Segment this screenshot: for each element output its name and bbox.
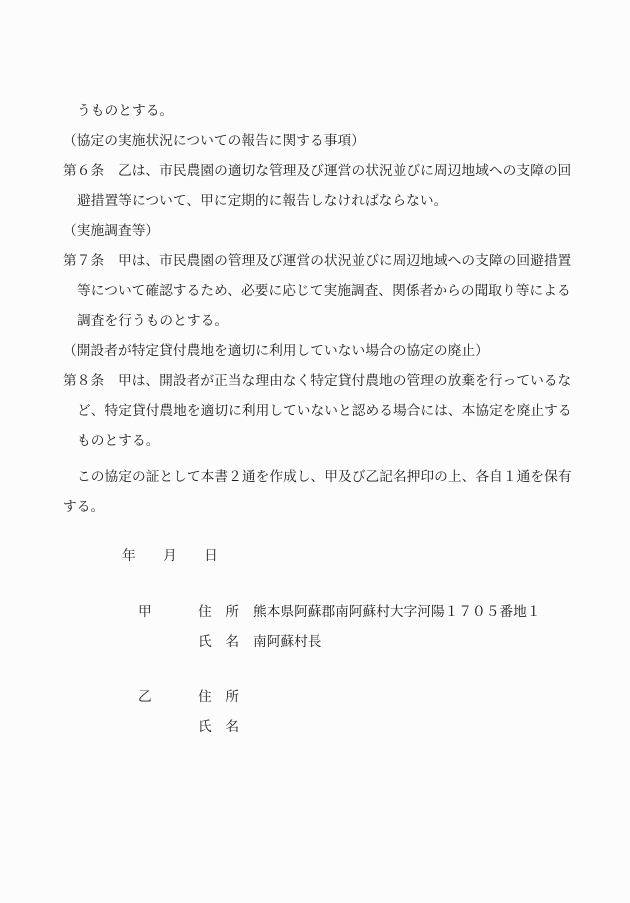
document-page: うものとする。 （協定の実施状況についての報告に関する事項） 第６条 乙は、市民… [0, 0, 630, 903]
party-a-name-label: 氏 名 [198, 627, 253, 657]
heading-article-6: （協定の実施状況についての報告に関する事項） [63, 126, 575, 156]
party-a-name-value: 南阿蘇村長 [253, 627, 603, 657]
signature-row-party-a-name: 氏 名 南阿蘇村長 [63, 627, 603, 657]
party-b-name-value [253, 712, 603, 742]
article-7-line-1: 第７条 甲は、市民農園の管理及び運営の状況並びに周辺地域への支障の回避措置 [63, 246, 575, 276]
party-b-name-label: 氏 名 [198, 712, 253, 742]
signature-row-party-b-address: 乙 住 所 [63, 682, 603, 712]
party-b-label: 乙 [138, 682, 198, 712]
party-a-address-label: 住 所 [198, 597, 253, 627]
date-line: 年 月 日 [122, 541, 218, 571]
closing-line-1: この協定の証として本書２通を作成し、甲及び乙記名押印の上、各自１通を保有 [63, 462, 575, 492]
article-8-line-3: ものとする。 [63, 426, 575, 456]
party-b-address-value [253, 682, 603, 712]
heading-article-7: （実施調査等） [63, 216, 575, 246]
signature-row-party-a-address: 甲 住 所 熊本県阿蘇郡南阿蘇村大字河陽１７０５番地１ [63, 597, 603, 627]
party-b-spacer [138, 712, 198, 742]
article-6-line-2: 避措置等について、甲に定期的に報告しなければならない。 [63, 186, 575, 216]
article-6-line-1: 第６条 乙は、市民農園の適切な管理及び運営の状況並びに周辺地域への支障の回 [63, 156, 575, 186]
party-a-label: 甲 [138, 597, 198, 627]
party-a-address-value: 熊本県阿蘇郡南阿蘇村大字河陽１７０５番地１ [253, 597, 603, 627]
article-8-line-1: 第８条 甲は、開設者が正当な理由なく特定貸付農地の管理の放棄を行っているな [63, 366, 575, 396]
article-8-line-2: ど、特定貸付農地を適切に利用していないと認める場合には、本協定を廃止する [63, 396, 575, 426]
article-7-line-2: 等について確認するため、必要に応じて実施調査、関係者からの聞取り等による [63, 276, 575, 306]
article-7-line-3: 調査を行うものとする。 [63, 306, 575, 336]
party-a-spacer [138, 627, 198, 657]
closing-paragraph: この協定の証として本書２通を作成し、甲及び乙記名押印の上、各自１通を保有 する。 [63, 462, 575, 522]
agreement-body: うものとする。 （協定の実施状況についての報告に関する事項） 第６条 乙は、市民… [63, 96, 575, 456]
body-continuation-line: うものとする。 [63, 96, 575, 126]
signature-gap [63, 657, 603, 682]
signature-row-party-b-name: 氏 名 [63, 712, 603, 742]
closing-line-2: する。 [63, 492, 575, 522]
party-b-address-label: 住 所 [198, 682, 253, 712]
signature-block: 甲 住 所 熊本県阿蘇郡南阿蘇村大字河陽１７０５番地１ 氏 名 南阿蘇村長 乙 … [63, 597, 603, 742]
heading-article-8: （開設者が特定貸付農地を適切に利用していない場合の協定の廃止） [63, 336, 575, 366]
